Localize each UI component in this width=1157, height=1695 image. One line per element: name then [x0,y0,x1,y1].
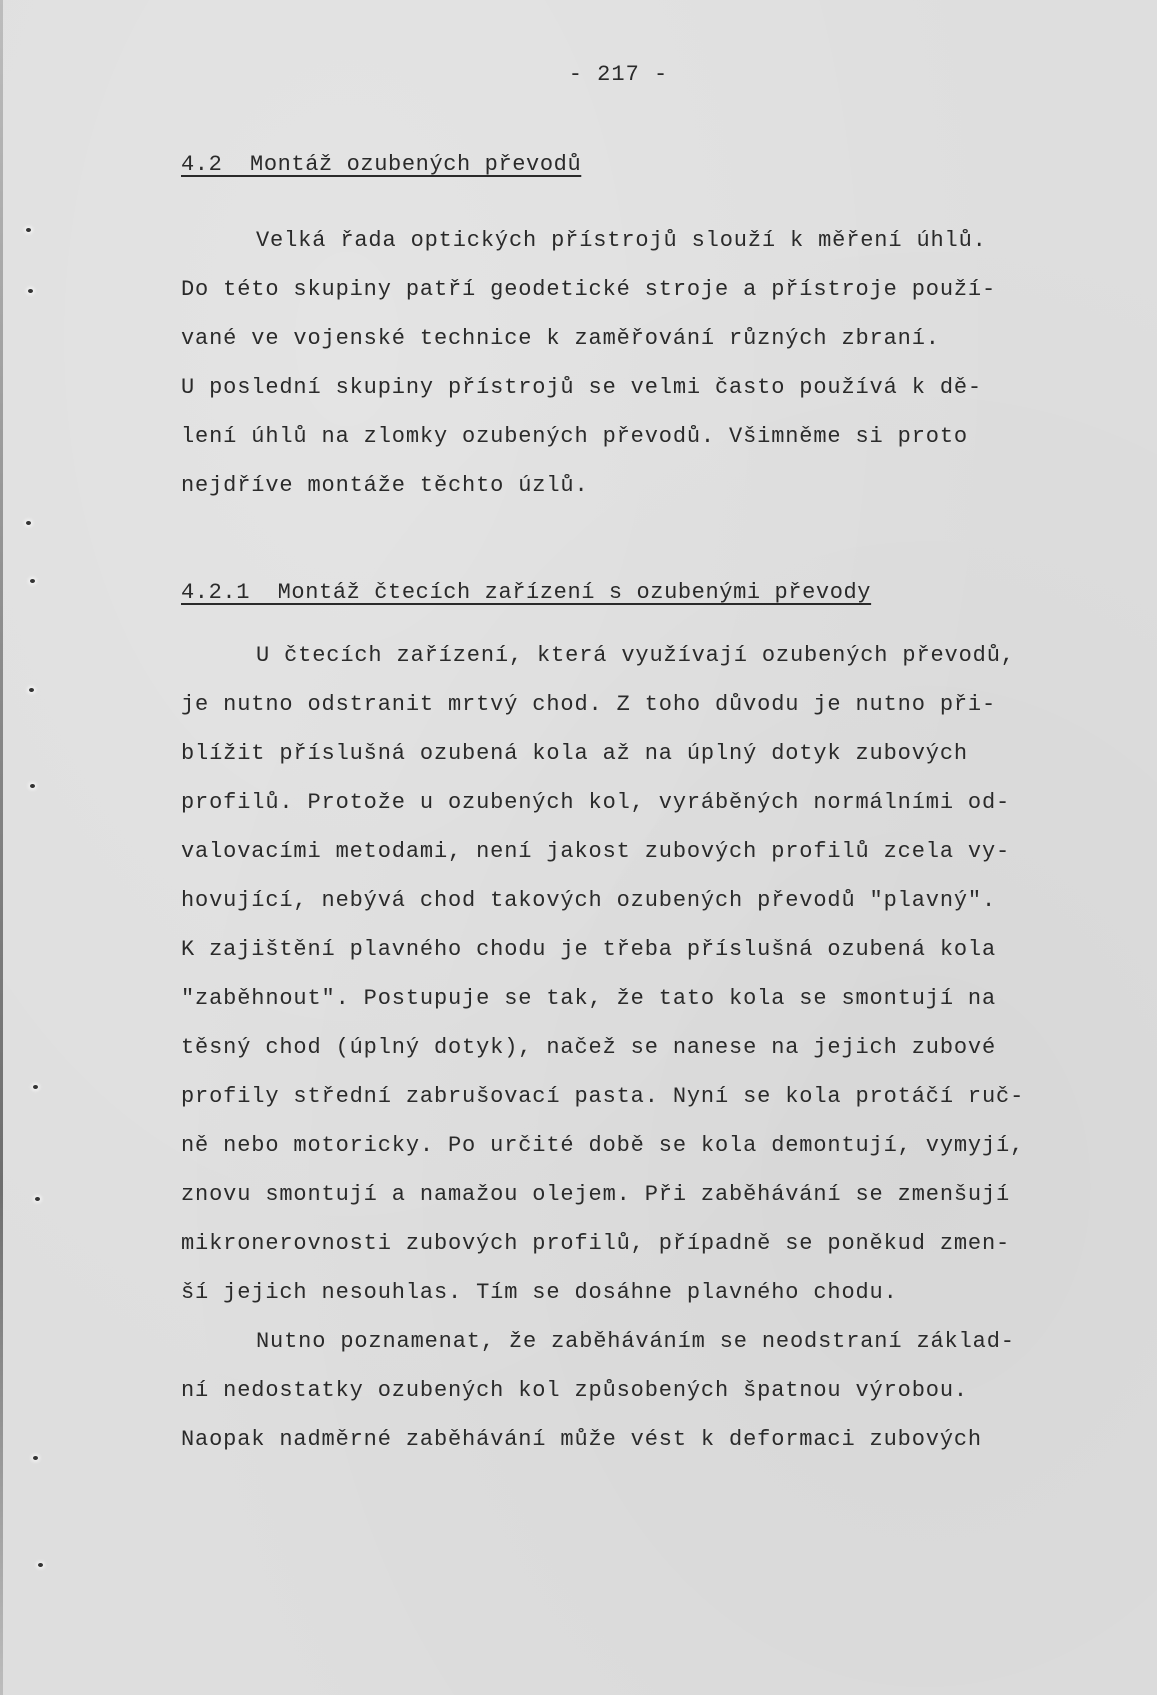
text-line: je nutno odstranit mrtvý chod. Z toho dů… [181,692,996,717]
text-line: profily střední zabrušovací pasta. Nyní … [181,1084,1024,1109]
page-edge-shadow [0,0,3,1695]
text-line: K zajištění plavného chodu je třeba přís… [181,937,996,962]
text-line: U čtecích zařízení, která využívají ozub… [256,643,1015,668]
text-line: valovacími metodami, není jakost zubovýc… [181,839,1010,864]
text-line: profilů. Protože u ozubených kol, vyrábě… [181,790,1010,815]
section-heading: 4.2 Montáž ozubených převodů [181,152,581,177]
text-line: mikronerovnosti zubových profilů, případ… [181,1231,1010,1256]
punch-hole-mark [29,688,34,692]
punch-hole-mark [28,289,33,293]
subsection-heading: 4.2.1 Montáž čtecích zařízení s ozubeným… [181,580,871,605]
text-line: hovující, nebývá chod takových ozubených… [181,888,996,913]
punch-hole-mark [35,1197,40,1201]
punch-hole-mark [26,521,31,525]
text-line: vané ve vojenské technice k zaměřování r… [181,326,940,351]
text-line: Do této skupiny patří geodetické stroje … [181,277,996,302]
text-line: znovu smontují a namažou olejem. Při zab… [181,1182,1010,1207]
text-line: U poslední skupiny přístrojů se velmi ča… [181,375,982,400]
text-line: lení úhlů na zlomky ozubených převodů. V… [181,424,968,449]
text-line: nejdříve montáže těchto úzlů. [181,473,589,498]
text-line: "zaběhnout". Postupuje se tak, že tato k… [181,986,996,1011]
punch-hole-mark [33,1085,38,1089]
text-line: ní nedostatky ozubených kol způsobených … [181,1378,968,1403]
punch-hole-mark [33,1456,38,1460]
text-line: ně nebo motoricky. Po určité době se kol… [181,1133,1024,1158]
text-line: Nutno poznamenat, že zaběháváním se neod… [256,1329,1015,1354]
text-line: ší jejich nesouhlas. Tím se dosáhne plav… [181,1280,898,1305]
punch-hole-mark [30,784,35,788]
text-line: těsný chod (úplný dotyk), načež se nanes… [181,1035,996,1060]
text-line: Velká řada optických přístrojů slouží k … [256,228,987,253]
punch-hole-mark [38,1563,43,1567]
scanned-page: - 217 - 4.2 Montáž ozubených převodů Vel… [0,0,1157,1695]
page-number: - 217 - [0,62,1157,87]
punch-hole-mark [26,228,31,232]
text-line: Naopak nadměrné zaběhávání může vést k d… [181,1427,982,1452]
punch-hole-mark [30,579,35,583]
text-line: blížit příslušná ozubená kola až na úpln… [181,741,968,766]
